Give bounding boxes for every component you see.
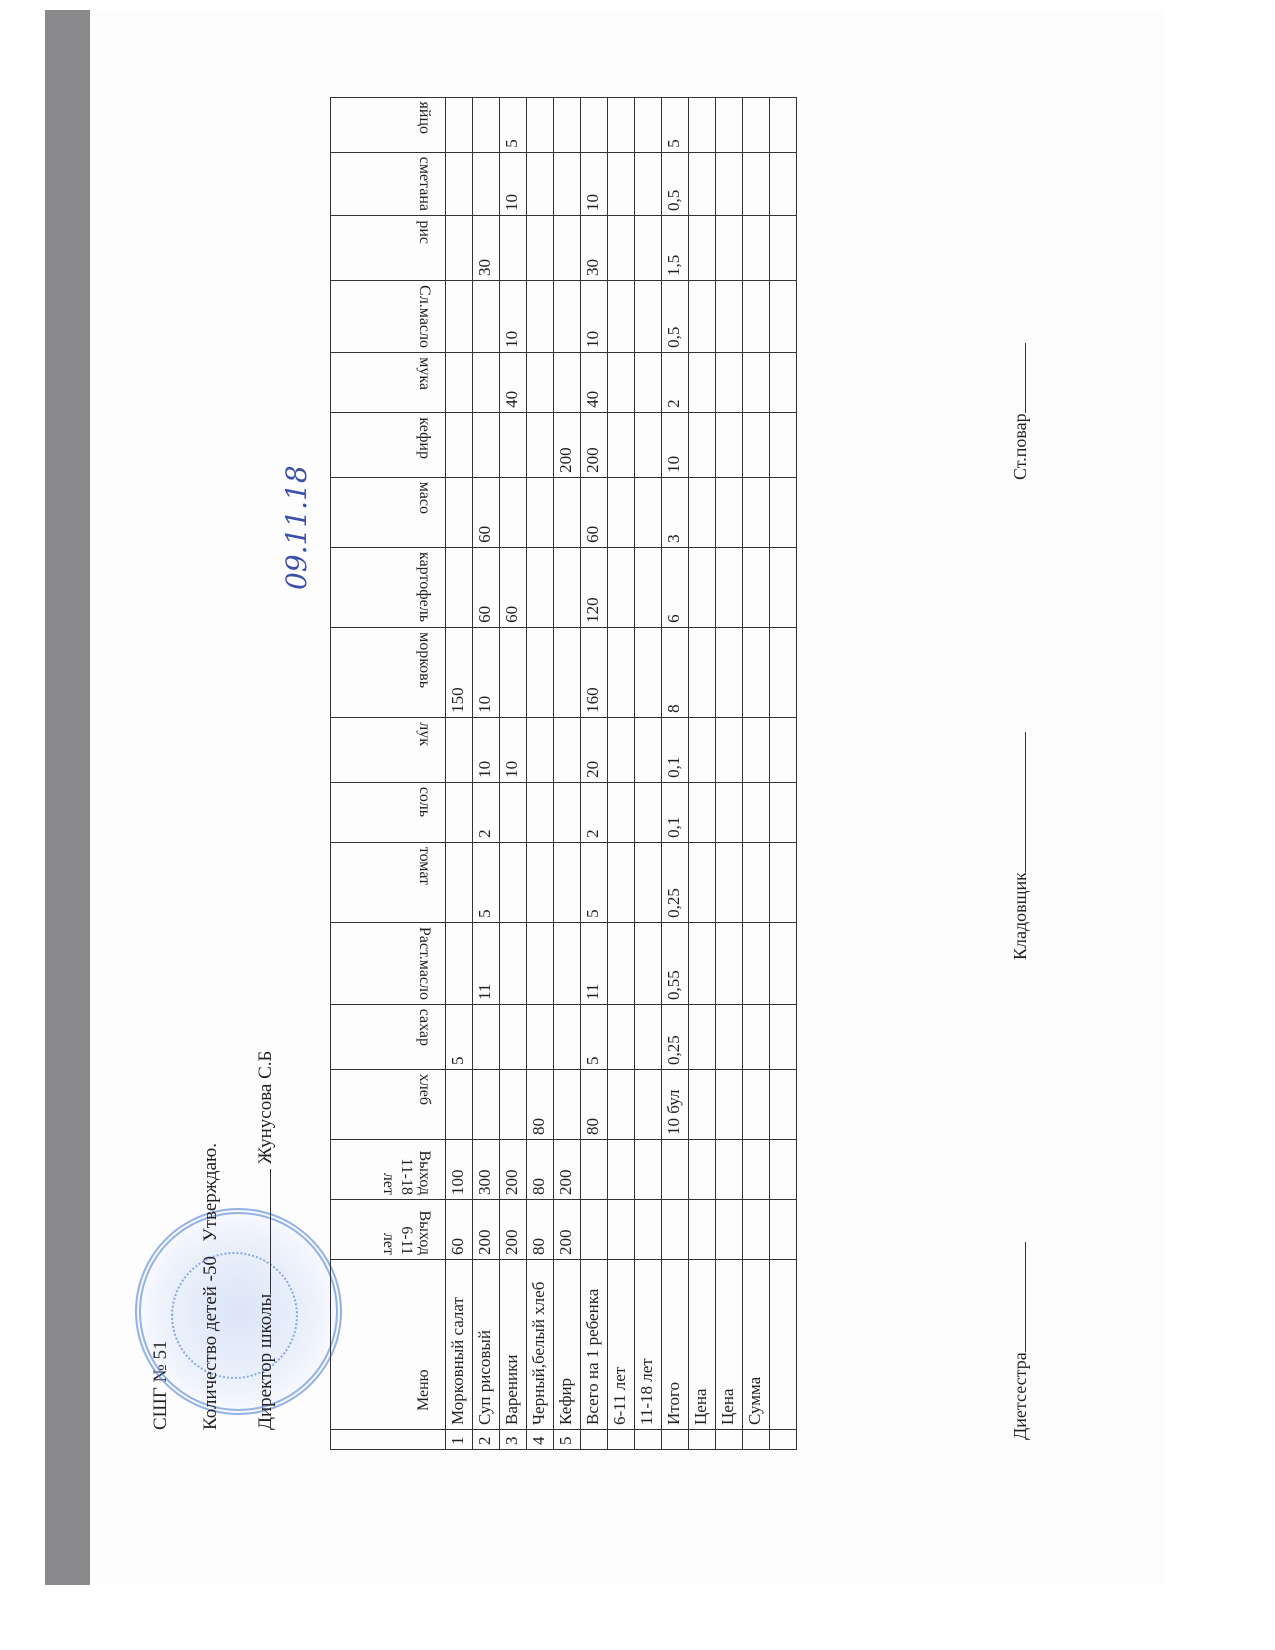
value-cell xyxy=(608,352,635,412)
value-cell: 11 xyxy=(581,922,608,1004)
value-cell: 2 xyxy=(473,782,500,842)
column-header xyxy=(331,1430,446,1450)
value-cell: 2 xyxy=(662,352,689,412)
value-cell: 60 xyxy=(473,477,500,547)
dietitian-signature-line xyxy=(1011,1242,1026,1352)
value-cell xyxy=(554,477,581,547)
row-number-cell: 5 xyxy=(554,1430,581,1450)
value-cell: 40 xyxy=(581,352,608,412)
value-cell xyxy=(446,922,473,1004)
value-cell xyxy=(743,842,770,922)
value-cell xyxy=(608,1070,635,1140)
value-cell: 5 xyxy=(581,842,608,922)
value-cell xyxy=(527,152,554,215)
official-stamp xyxy=(135,1208,342,1415)
value-cell xyxy=(446,97,473,152)
value-cell xyxy=(527,216,554,281)
value-cell: 1,5 xyxy=(662,216,689,281)
value-cell xyxy=(689,842,716,922)
value-cell xyxy=(689,1200,716,1260)
value-cell: 80 xyxy=(527,1070,554,1140)
value-cell xyxy=(635,782,662,842)
value-cell xyxy=(689,97,716,152)
value-cell: 0,25 xyxy=(662,1005,689,1070)
column-header: Выход 6-11 лет xyxy=(331,1200,446,1260)
value-cell xyxy=(689,922,716,1004)
value-cell xyxy=(500,842,527,922)
table-row xyxy=(770,97,797,1449)
value-cell xyxy=(608,547,635,627)
value-cell: 10 xyxy=(581,152,608,215)
value-cell xyxy=(527,627,554,717)
column-header: картофель xyxy=(331,547,446,627)
value-cell xyxy=(743,216,770,281)
value-cell xyxy=(608,1200,635,1260)
value-cell xyxy=(473,1005,500,1070)
value-cell xyxy=(716,627,743,717)
table-row: Цена xyxy=(716,97,743,1449)
value-cell xyxy=(689,477,716,547)
value-cell xyxy=(446,547,473,627)
value-cell xyxy=(608,477,635,547)
value-cell xyxy=(554,216,581,281)
value-cell xyxy=(635,717,662,782)
row-number-cell: 1 xyxy=(446,1430,473,1450)
value-cell xyxy=(500,1070,527,1140)
value-cell xyxy=(554,842,581,922)
value-cell xyxy=(635,97,662,152)
value-cell xyxy=(743,477,770,547)
value-cell xyxy=(581,1140,608,1200)
value-cell xyxy=(689,216,716,281)
value-cell xyxy=(743,547,770,627)
value-cell xyxy=(635,412,662,477)
value-cell xyxy=(689,627,716,717)
value-cell xyxy=(527,717,554,782)
column-header: морковь xyxy=(331,627,446,717)
value-cell xyxy=(500,627,527,717)
value-cell xyxy=(689,782,716,842)
value-cell: 60 xyxy=(500,547,527,627)
value-cell xyxy=(446,1070,473,1140)
value-cell xyxy=(635,922,662,1004)
value-cell xyxy=(527,782,554,842)
value-cell: 0,55 xyxy=(662,922,689,1004)
value-cell xyxy=(635,352,662,412)
value-cell xyxy=(743,1070,770,1140)
table-row: Цена xyxy=(689,97,716,1449)
value-cell xyxy=(770,1140,797,1200)
approved-label: Утверждаю. xyxy=(200,1143,221,1242)
handwritten-date: 09.11.18 xyxy=(280,465,313,590)
value-cell xyxy=(635,1005,662,1070)
value-cell xyxy=(770,216,797,281)
value-cell xyxy=(500,1005,527,1070)
value-cell xyxy=(770,1200,797,1260)
table-row: Сумма xyxy=(743,97,770,1449)
value-cell xyxy=(500,782,527,842)
value-cell xyxy=(770,547,797,627)
value-cell: 5 xyxy=(581,1005,608,1070)
value-cell: 200 xyxy=(473,1200,500,1260)
column-header: Сл.масло xyxy=(331,281,446,353)
value-cell xyxy=(446,842,473,922)
column-header: соль xyxy=(331,782,446,842)
value-cell: 200 xyxy=(500,1200,527,1260)
value-cell xyxy=(500,922,527,1004)
menu-item-cell: Кефир xyxy=(554,1260,581,1430)
value-cell xyxy=(743,97,770,152)
menu-item-cell: 6-11 лет xyxy=(608,1260,635,1430)
head-cook-label: Ст.повар xyxy=(1010,413,1030,480)
value-cell xyxy=(473,412,500,477)
value-cell xyxy=(554,152,581,215)
value-cell: 20 xyxy=(581,717,608,782)
column-header: кефир xyxy=(331,412,446,477)
value-cell xyxy=(446,352,473,412)
value-cell: 60 xyxy=(473,547,500,627)
value-cell xyxy=(770,412,797,477)
value-cell xyxy=(770,152,797,215)
value-cell: 5 xyxy=(500,97,527,152)
table-row: 6-11 лет xyxy=(608,97,635,1449)
dietitian-signature: Диетсестра xyxy=(1010,1242,1031,1440)
table-row: 3Вареники20020010604010105 xyxy=(500,97,527,1449)
value-cell xyxy=(554,1070,581,1140)
value-cell xyxy=(743,1005,770,1070)
value-cell: 200 xyxy=(554,412,581,477)
director-signature-line xyxy=(256,1169,271,1294)
row-number-cell xyxy=(608,1430,635,1450)
value-cell: 150 xyxy=(446,627,473,717)
value-cell: 200 xyxy=(500,1140,527,1200)
value-cell xyxy=(527,477,554,547)
menu-item-cell: Всего на 1 ребенка xyxy=(581,1260,608,1430)
head-cook-signature-line xyxy=(1011,343,1026,413)
value-cell xyxy=(770,352,797,412)
value-cell xyxy=(770,782,797,842)
value-cell: 6 xyxy=(662,547,689,627)
value-cell: 10 xyxy=(662,412,689,477)
value-cell: 10 xyxy=(473,627,500,717)
value-cell: 80 xyxy=(527,1200,554,1260)
menu-table: МенюВыход 6-11 летВыход 11-18 летхлебсах… xyxy=(330,97,797,1450)
value-cell xyxy=(608,97,635,152)
value-cell xyxy=(473,352,500,412)
menu-item-cell: Итого xyxy=(662,1260,689,1430)
column-header: лук xyxy=(331,717,446,782)
value-cell xyxy=(608,627,635,717)
value-cell xyxy=(635,627,662,717)
value-cell: 11 xyxy=(473,922,500,1004)
value-cell xyxy=(689,152,716,215)
value-cell: 0,1 xyxy=(662,717,689,782)
value-cell xyxy=(554,782,581,842)
table-row: 2Суп рисовый20030011521010606030 xyxy=(473,97,500,1449)
value-cell: 120 xyxy=(581,547,608,627)
value-cell xyxy=(689,717,716,782)
value-cell xyxy=(446,782,473,842)
value-cell xyxy=(608,412,635,477)
value-cell: 160 xyxy=(581,627,608,717)
value-cell xyxy=(608,1005,635,1070)
value-cell xyxy=(581,97,608,152)
storekeeper-signature: Кладовщик xyxy=(1010,732,1031,960)
value-cell xyxy=(743,281,770,353)
row-number-cell xyxy=(581,1430,608,1450)
value-cell xyxy=(770,97,797,152)
value-cell xyxy=(446,477,473,547)
value-cell xyxy=(743,922,770,1004)
value-cell xyxy=(716,412,743,477)
value-cell xyxy=(770,1005,797,1070)
value-cell: 0,5 xyxy=(662,152,689,215)
value-cell xyxy=(770,477,797,547)
value-cell: 5 xyxy=(662,97,689,152)
value-cell xyxy=(716,717,743,782)
value-cell xyxy=(608,1140,635,1200)
value-cell xyxy=(527,281,554,353)
value-cell xyxy=(770,627,797,717)
menu-item-cell: Вареники xyxy=(500,1260,527,1430)
column-header: сметана xyxy=(331,152,446,215)
table-row: 1Морковный салат601005150 xyxy=(446,97,473,1449)
value-cell xyxy=(527,922,554,1004)
value-cell xyxy=(608,782,635,842)
column-header: мука xyxy=(331,352,446,412)
value-cell xyxy=(716,922,743,1004)
value-cell xyxy=(662,1140,689,1200)
value-cell xyxy=(554,97,581,152)
value-cell: 200 xyxy=(554,1140,581,1200)
value-cell xyxy=(446,216,473,281)
row-number-cell xyxy=(716,1430,743,1450)
value-cell: 80 xyxy=(527,1140,554,1200)
value-cell xyxy=(689,281,716,353)
menu-item-cell: Сумма xyxy=(743,1260,770,1430)
value-cell xyxy=(473,1070,500,1140)
value-cell: 5 xyxy=(446,1005,473,1070)
value-cell: 40 xyxy=(500,352,527,412)
menu-item-cell: Цена xyxy=(716,1260,743,1430)
value-cell xyxy=(716,547,743,627)
menu-item-cell: 11-18 лет xyxy=(635,1260,662,1430)
value-cell xyxy=(554,1005,581,1070)
value-cell: 80 xyxy=(581,1070,608,1140)
value-cell: 10 xyxy=(500,152,527,215)
column-header: томат xyxy=(331,842,446,922)
value-cell xyxy=(608,842,635,922)
value-cell: 200 xyxy=(581,412,608,477)
children-count: Количество детей -50 Утверждаю. xyxy=(200,1143,222,1430)
value-cell xyxy=(716,152,743,215)
column-header: яйцо xyxy=(331,97,446,152)
value-cell: 60 xyxy=(581,477,608,547)
value-cell xyxy=(527,97,554,152)
row-number-cell: 3 xyxy=(500,1430,527,1450)
value-cell xyxy=(689,352,716,412)
value-cell xyxy=(716,1070,743,1140)
value-cell xyxy=(743,717,770,782)
value-cell xyxy=(770,922,797,1004)
value-cell xyxy=(743,352,770,412)
value-cell: 200 xyxy=(554,1200,581,1260)
row-number-cell: 2 xyxy=(473,1430,500,1450)
dietitian-label: Диетсестра xyxy=(1010,1352,1030,1440)
value-cell xyxy=(527,547,554,627)
rotated-document-page: СШГ № 51 Количество детей -50 Утверждаю.… xyxy=(0,0,1275,1650)
value-cell xyxy=(635,1140,662,1200)
storekeeper-label: Кладовщик xyxy=(1010,872,1030,960)
value-cell: 10 xyxy=(581,281,608,353)
value-cell xyxy=(527,1005,554,1070)
value-cell xyxy=(446,412,473,477)
value-cell xyxy=(608,922,635,1004)
value-cell: 10 xyxy=(500,281,527,353)
director-label: Директор школы xyxy=(255,1294,276,1430)
value-cell xyxy=(527,412,554,477)
value-cell xyxy=(689,1140,716,1200)
storekeeper-signature-line xyxy=(1011,732,1026,872)
value-cell xyxy=(716,216,743,281)
value-cell xyxy=(554,627,581,717)
value-cell: 0,5 xyxy=(662,281,689,353)
value-cell xyxy=(716,477,743,547)
value-cell: 0,1 xyxy=(662,782,689,842)
column-header: Выход 11-18 лет xyxy=(331,1140,446,1200)
value-cell: 10 xyxy=(500,717,527,782)
value-cell xyxy=(527,352,554,412)
column-header: хлеб xyxy=(331,1070,446,1140)
column-header: Меню xyxy=(331,1260,446,1430)
value-cell: 100 xyxy=(446,1140,473,1200)
value-cell xyxy=(716,352,743,412)
value-cell xyxy=(743,627,770,717)
value-cell xyxy=(635,842,662,922)
value-cell xyxy=(635,281,662,353)
row-number-cell xyxy=(743,1430,770,1450)
value-cell xyxy=(446,152,473,215)
value-cell xyxy=(716,782,743,842)
table-row: 11-18 лет xyxy=(635,97,662,1449)
value-cell xyxy=(770,842,797,922)
table-row: Всего на 1 ребенка8051152201601206020040… xyxy=(581,97,608,1449)
row-number-cell xyxy=(689,1430,716,1450)
value-cell xyxy=(473,97,500,152)
value-cell xyxy=(527,842,554,922)
value-cell xyxy=(446,281,473,353)
row-number-cell xyxy=(635,1430,662,1450)
value-cell xyxy=(500,216,527,281)
value-cell xyxy=(500,477,527,547)
value-cell xyxy=(608,281,635,353)
head-cook-signature: Ст.повар xyxy=(1010,343,1031,480)
value-cell xyxy=(446,717,473,782)
value-cell xyxy=(770,1070,797,1140)
value-cell xyxy=(635,1200,662,1260)
value-cell xyxy=(743,1140,770,1200)
value-cell xyxy=(635,152,662,215)
value-cell xyxy=(500,412,527,477)
table-row: Итого10 бул0,250,550,250,10,18631020,51,… xyxy=(662,97,689,1449)
column-header: сахар xyxy=(331,1005,446,1070)
value-cell: 8 xyxy=(662,627,689,717)
value-cell xyxy=(635,1070,662,1140)
value-cell xyxy=(770,717,797,782)
value-cell xyxy=(716,842,743,922)
value-cell: 2 xyxy=(581,782,608,842)
value-cell xyxy=(554,922,581,1004)
column-header: масо xyxy=(331,477,446,547)
row-number-cell xyxy=(770,1430,797,1450)
value-cell xyxy=(635,216,662,281)
menu-item-cell: Морковный салат xyxy=(446,1260,473,1430)
row-number-cell xyxy=(662,1430,689,1450)
value-cell xyxy=(743,782,770,842)
table-row: 5Кефир200200200 xyxy=(554,97,581,1449)
value-cell: 60 xyxy=(446,1200,473,1260)
value-cell: 30 xyxy=(473,216,500,281)
value-cell xyxy=(662,1200,689,1260)
director-line: Директор школы Жунусова С.Б xyxy=(255,1051,277,1430)
value-cell xyxy=(554,281,581,353)
value-cell xyxy=(554,717,581,782)
value-cell xyxy=(770,281,797,353)
value-cell xyxy=(743,152,770,215)
value-cell xyxy=(581,1200,608,1260)
value-cell xyxy=(716,281,743,353)
value-cell: 0,25 xyxy=(662,842,689,922)
value-cell xyxy=(716,1200,743,1260)
value-cell xyxy=(689,412,716,477)
value-cell xyxy=(635,547,662,627)
table-row: 4Черный,белый хлеб808080 xyxy=(527,97,554,1449)
menu-item-cell: Цена xyxy=(689,1260,716,1430)
value-cell: 5 xyxy=(473,842,500,922)
value-cell xyxy=(689,1005,716,1070)
menu-item-cell: Суп рисовый xyxy=(473,1260,500,1430)
value-cell xyxy=(716,1005,743,1070)
value-cell xyxy=(743,1200,770,1260)
director-name: Жунусова С.Б xyxy=(255,1051,276,1164)
children-count-text: Количество детей -50 xyxy=(200,1256,221,1430)
value-cell xyxy=(716,97,743,152)
value-cell: 10 xyxy=(473,717,500,782)
value-cell: 300 xyxy=(473,1140,500,1200)
value-cell xyxy=(716,1140,743,1200)
value-cell xyxy=(689,547,716,627)
value-cell: 10 бул xyxy=(662,1070,689,1140)
row-number-cell: 4 xyxy=(527,1430,554,1450)
column-header: рис xyxy=(331,216,446,281)
value-cell xyxy=(689,1070,716,1140)
value-cell xyxy=(473,281,500,353)
value-cell xyxy=(473,152,500,215)
value-cell xyxy=(608,216,635,281)
value-cell xyxy=(554,352,581,412)
menu-item-cell xyxy=(770,1260,797,1430)
value-cell xyxy=(608,152,635,215)
value-cell xyxy=(635,477,662,547)
menu-item-cell: Черный,белый хлеб xyxy=(527,1260,554,1430)
value-cell xyxy=(608,717,635,782)
value-cell: 3 xyxy=(662,477,689,547)
table-header-row: МенюВыход 6-11 летВыход 11-18 летхлебсах… xyxy=(331,97,446,1449)
value-cell: 30 xyxy=(581,216,608,281)
value-cell xyxy=(743,412,770,477)
column-header: Раст.масло xyxy=(331,922,446,1004)
value-cell xyxy=(554,547,581,627)
